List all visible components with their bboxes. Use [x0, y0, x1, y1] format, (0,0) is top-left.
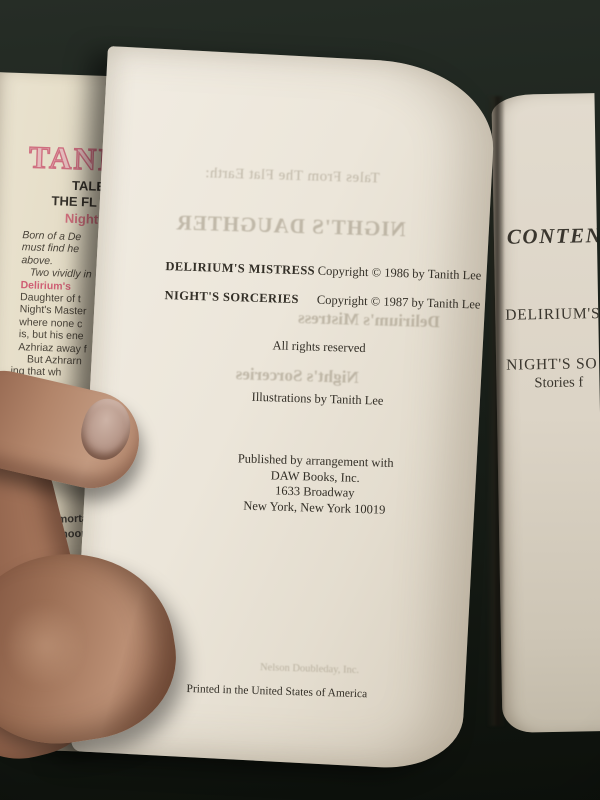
- illustrations-credit-line: Illustrations by Tanith Lee: [161, 387, 473, 411]
- show-through-book2-line: Night's Sorceries: [141, 361, 453, 390]
- copyright-page: Tales From The Flat Earth: NIGHT'S DAUGH…: [71, 46, 497, 771]
- show-through-title-line: NIGHT'S DAUGHTER: [130, 209, 451, 243]
- contents-page: CONTEN DELIRIUM'S NIGHT'S SO Stories f: [491, 93, 600, 733]
- copyright-page-content: Tales From The Flat Earth: NIGHT'S DAUGH…: [79, 50, 490, 767]
- contents-entry-2-subtitle: Stories f: [534, 374, 583, 392]
- publisher-block: Published by arrangement with DAW Books,…: [158, 449, 472, 520]
- jacket-series-line-2: THE FL: [51, 193, 97, 210]
- copyright-notice: Copyright © 1986 by Tanith Lee: [318, 264, 482, 284]
- work-title: DELIRIUM'S MISTRESS: [165, 259, 315, 278]
- printed-in-line: Printed in the United States of America: [121, 681, 433, 702]
- copyright-entry-row: DELIRIUM'S MISTRESS Copyright © 1986 by …: [165, 259, 481, 283]
- work-title: NIGHT'S SORCERIES: [164, 288, 299, 307]
- show-through-publisher-line: Nelson Doubleday, Inc.: [153, 659, 465, 679]
- photo-scene: TANI TALE THE FL Night' Born of a De mus…: [0, 0, 600, 800]
- contents-entry-2: NIGHT'S SO: [506, 355, 598, 375]
- show-through-series-line: Tales From The Flat Earth:: [132, 163, 452, 189]
- rights-reserved-line: All rights reserved: [163, 335, 475, 359]
- contents-heading: CONTEN: [507, 223, 600, 250]
